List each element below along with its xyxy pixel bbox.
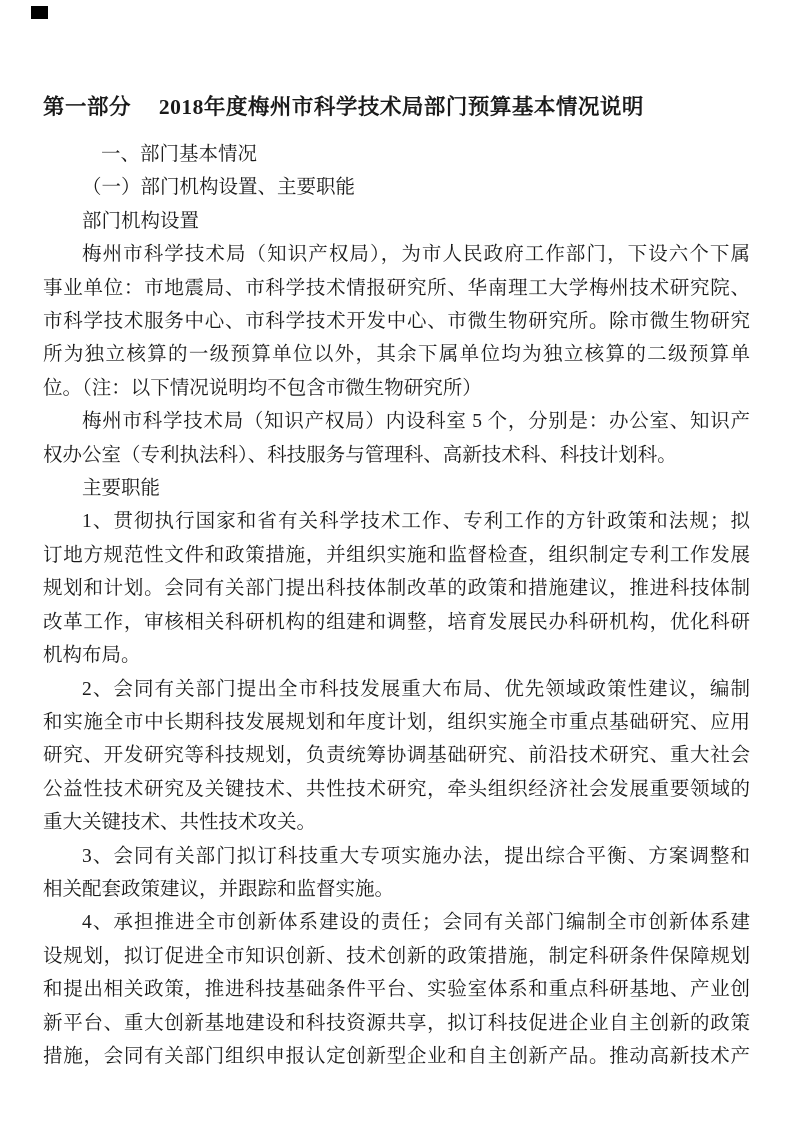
- heading-section-one: 一、部门基本情况: [43, 138, 750, 171]
- paragraph-line: 相关配套政策建议，并跟踪和监督实施。: [43, 873, 750, 906]
- scan-artifact-mark: [31, 6, 48, 19]
- paragraph-line: 1、贯彻执行国家和省有关科学技术工作、专利工作的方针政策和法规；拟: [43, 505, 750, 538]
- paragraph-line: 梅州市科学技术局（知识产权局）内设科室 5 个，分别是：办公室、知识产: [43, 405, 750, 438]
- paragraph-line: 位。（注：以下情况说明均不包含市微生物研究所）: [43, 372, 750, 405]
- paragraph-line: 机构布局。: [43, 639, 750, 672]
- paragraph-line: 2、会同有关部门提出全市科技发展重大布局、优先领域政策性建议，编制: [43, 673, 750, 706]
- paragraph-line: 4、承担推进全市创新体系建设的责任；会同有关部门编制全市创新体系建: [43, 906, 750, 939]
- paragraph-line: 和实施全市中长期科技发展规划和年度计划，组织实施全市重点基础研究、应用: [43, 706, 750, 739]
- paragraph-line: 和提出相关政策，推进科技基础条件平台、实验室体系和重点科研基地、产业创: [43, 973, 750, 1006]
- paragraph-line: 研究、开发研究等科技规划，负责统筹协调基础研究、前沿技术研究、重大社会: [43, 739, 750, 772]
- paragraph-line: 事业单位：市地震局、市科学技术情报研究所、华南理工大学梅州技术研究院、: [43, 272, 750, 305]
- paragraph-line: 所为独立核算的一级预算单位以外，其余下属单位均为独立核算的二级预算单: [43, 338, 750, 371]
- paragraph-line: 重大关键技术、共性技术攻关。: [43, 806, 750, 839]
- paragraph-line: 3、会同有关部门拟订科技重大专项实施办法，提出综合平衡、方案调整和: [43, 840, 750, 873]
- document-body: 一、部门基本情况（一）部门机构设置、主要职能部门机构设置梅州市科学技术局（知识产…: [43, 138, 750, 1073]
- heading-subsection-one: （一）部门机构设置、主要职能: [43, 171, 750, 204]
- label-org-structure: 部门机构设置: [43, 205, 750, 238]
- paragraph-line: 改革工作，审核相关科研机构的组建和调整，培育发展民办科研机构，优化科研: [43, 606, 750, 639]
- label-main-functions: 主要职能: [43, 472, 750, 505]
- document-page: 第一部分 2018年度梅州市科学技术局部门预算基本情况说明 一、部门基本情况（一…: [0, 0, 793, 1122]
- paragraph-line: 权办公室（专利执法科）、科技服务与管理科、高新技术科、科技计划科。: [43, 439, 750, 472]
- paragraph-line: 市科学技术服务中心、市科学技术开发中心、市微生物研究所。除市微生物研究: [43, 305, 750, 338]
- paragraph-line: 规划和计划。会同有关部门提出科技体制改革的政策和措施建议，推进科技体制: [43, 572, 750, 605]
- paragraph-line: 措施，会同有关部门组织申报认定创新型企业和自主创新产品。推动高新技术产: [43, 1040, 750, 1073]
- document-title: 第一部分 2018年度梅州市科学技术局部门预算基本情况说明: [43, 90, 750, 124]
- paragraph-line: 公益性技术研究及关键技术、共性技术研究，牵头组织经济社会发展重要领域的: [43, 773, 750, 806]
- paragraph-line: 新平台、重大创新基地建设和科技资源共享，拟订科技促进企业自主创新的政策: [43, 1007, 750, 1040]
- paragraph-line: 订地方规范性文件和政策措施，并组织实施和监督检查，组织制定专利工作发展: [43, 539, 750, 572]
- paragraph-line: 设规划，拟订促进全市知识创新、技术创新的政策措施，制定科研条件保障规划: [43, 940, 750, 973]
- paragraph-line: 梅州市科学技术局（知识产权局），为市人民政府工作部门，下设六个下属: [43, 238, 750, 271]
